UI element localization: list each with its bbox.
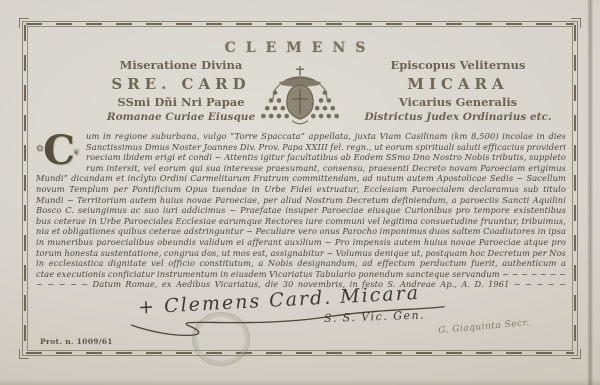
dropcap-ornament-icon: ❦: [72, 133, 80, 173]
letterhead-left-line3: SSmi Dñi Nri Papae: [92, 95, 270, 109]
letterhead-left-line2: SRE. CARD: [92, 75, 270, 93]
border-corner-ornament: [571, 349, 581, 359]
decree-body-text: ✿ C ❦ um in regione suburbana, vulgo “To…: [36, 131, 566, 290]
body-line: bus ceterae in Urbe Paroeciales Ecclesia…: [36, 216, 566, 227]
border-dash-pattern-top: [26, 23, 574, 25]
border-dash-pattern-bottom: [26, 352, 574, 354]
body-line: um in regione suburbana, vulgo “Torre Sp…: [86, 131, 566, 142]
letterhead-right-line3: Vicarius Generalis: [358, 95, 558, 109]
dropcap-ornament-icon: ✿: [36, 129, 44, 169]
border-corner-ornament: [571, 18, 581, 28]
body-line: ctae executionis conficiatur instrumentu…: [36, 269, 566, 280]
letterhead-right-line4: Districtus Judex Ordinarius etc.: [358, 111, 558, 123]
dropcap-letter: C: [43, 127, 75, 174]
protocol-number: Prot. n. 1009/61: [40, 337, 113, 346]
scanned-decree-document: CLEMENS Miseratione Divina SRE. CARD SSm…: [0, 0, 600, 385]
body-line: Mundi ~ Territorium autem huius novae Pa…: [36, 195, 566, 206]
body-line: novum Templum per Pontificium Opus tuend…: [36, 184, 566, 195]
body-line: torum honesta sustentatione, congrua dos…: [36, 248, 566, 259]
cardinal-coat-of-arms-icon: [261, 64, 339, 140]
letterhead-left-line4: Romanae Curiae Eiusque: [92, 111, 270, 123]
document-title: CLEMENS: [0, 40, 600, 56]
border-corner-ornament: [19, 349, 29, 359]
illuminated-initial: ✿ C ❦: [36, 131, 82, 173]
page-bottom-shadow: [0, 379, 600, 385]
body-line: nia et obligationes quibus ceterae adstr…: [36, 226, 566, 237]
border-corner-ornament: [19, 18, 29, 28]
body-line: rum intersit, vel eorum qui sua interess…: [86, 163, 566, 174]
letterhead-right-line2: MICARA: [358, 75, 558, 93]
body-line: roeciam ibidem erigi et condi ~ Attentis…: [86, 152, 566, 163]
body-line: Sanctissimus Dmus Noster Joannes Div. Pr…: [86, 142, 566, 153]
letterhead-right-column: Episcopus Veliternus MICARA Vicarius Gen…: [358, 58, 558, 123]
body-line: in ecclesiastica dignitate vel officio c…: [36, 258, 566, 269]
body-line: Bosco C. seiungimus ac suo iuri addicimu…: [36, 205, 566, 216]
page-edge-shadow: [587, 0, 593, 385]
letterhead-right-line1: Episcopus Veliternus: [358, 58, 558, 72]
letterhead-left-line1: Miseratione Divina: [92, 58, 270, 72]
border-dash-pattern-left: [24, 25, 26, 352]
border-dash-pattern-right: [574, 25, 576, 352]
body-line: in muneribus paroecialibus obeundis vali…: [36, 237, 566, 248]
body-line: Mundi” dicandam et inclyto Ordini Carmel…: [36, 173, 566, 184]
letterhead-left-column: Miseratione Divina SRE. CARD SSmi Dñi Nr…: [92, 58, 270, 123]
